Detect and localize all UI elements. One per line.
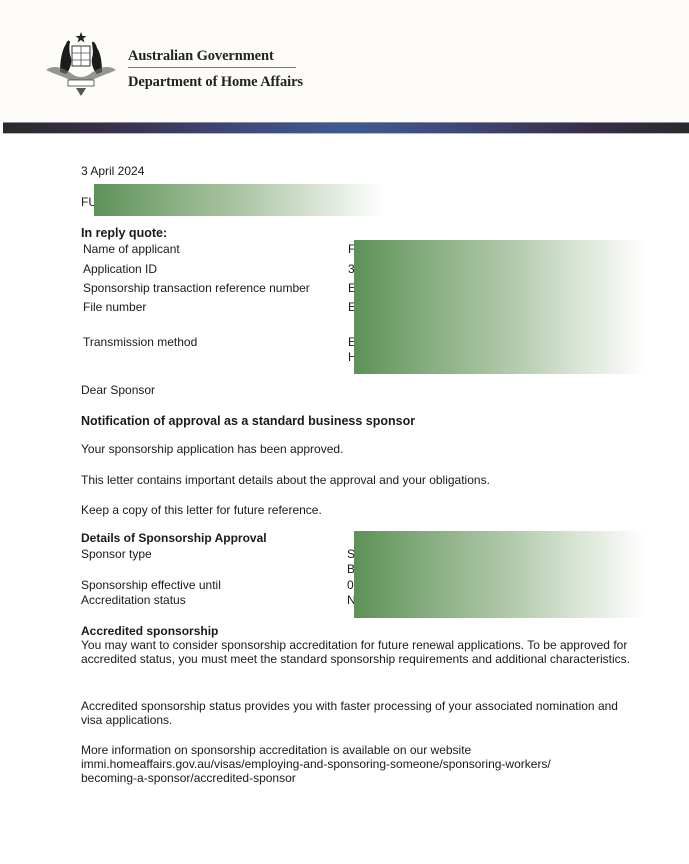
reply-quote-heading: In reply quote: xyxy=(81,226,167,240)
reply-label-transmission: Transmission method xyxy=(83,335,197,349)
header-band xyxy=(3,122,689,134)
department-name: Department of Home Affairs xyxy=(128,74,303,91)
details-label-accreditation: Accreditation status xyxy=(81,593,186,607)
details-value-effective-until: 0 xyxy=(347,578,354,592)
letterhead: Australian Government Department of Home… xyxy=(0,0,689,122)
salutation: Dear Sponsor xyxy=(81,383,155,397)
accredited-paragraph-3: More information on sponsorship accredit… xyxy=(81,743,641,757)
accredited-heading: Accredited sponsorship xyxy=(81,624,218,638)
redaction-block xyxy=(94,184,386,216)
government-name: Australian Government xyxy=(128,48,274,65)
website-link-continued[interactable]: becoming-a-sponsor/accredited-sponsor xyxy=(81,771,296,785)
redaction-block xyxy=(354,240,646,374)
paragraph-approved: Your sponsorship application has been ap… xyxy=(81,442,343,456)
paragraph-keep-copy: Keep a copy of this letter for future re… xyxy=(81,503,322,517)
header-divider xyxy=(128,67,296,68)
details-label-effective-until: Sponsorship effective until xyxy=(81,578,221,592)
reply-label-file-number: File number xyxy=(83,300,146,314)
website-link[interactable]: immi.homeaffairs.gov.au/visas/employing-… xyxy=(81,757,551,771)
details-label-sponsor-type: Sponsor type xyxy=(81,547,152,561)
reply-label-transaction-ref: Sponsorship transaction reference number xyxy=(83,281,310,295)
reply-label-name: Name of applicant xyxy=(83,242,180,256)
reply-label-application-id: Application ID xyxy=(83,262,157,276)
letter-date: 3 April 2024 xyxy=(81,164,144,178)
coat-of-arms-icon xyxy=(42,30,120,100)
redaction-block xyxy=(354,531,646,618)
paragraph-details: This letter contains important details a… xyxy=(81,473,490,487)
details-heading: Details of Sponsorship Approval xyxy=(81,531,267,545)
accredited-paragraph-2: Accredited sponsorship status provides y… xyxy=(81,699,641,727)
letter-subject: Notification of approval as a standard b… xyxy=(81,414,415,428)
accredited-paragraph-1: You may want to consider sponsorship acc… xyxy=(81,638,641,666)
